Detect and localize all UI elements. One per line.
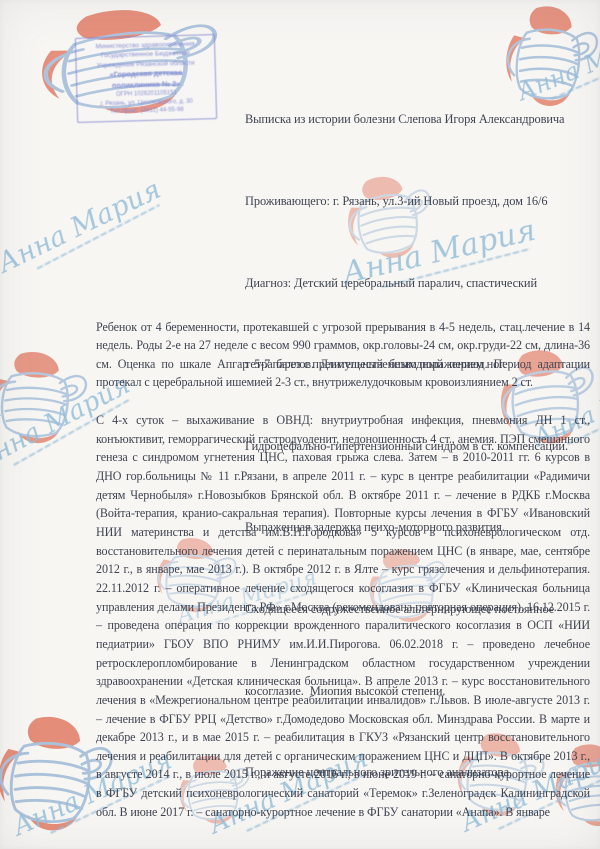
birth-history-paragraph: Ребенок от 4 беременности, протекавшей с… xyxy=(96,318,590,392)
header-line-address: Проживающего: г. Рязань, ул.3-ий Новый п… xyxy=(245,188,595,215)
clinic-stamp: Министерство здравоохранения Государстве… xyxy=(75,34,217,123)
watermark-text: Анна Мария xyxy=(0,174,166,279)
anna-maria-watermark: Анна Мария xyxy=(0,174,167,282)
watermark-squiggle xyxy=(37,204,160,270)
teapot-logo-icon xyxy=(0,344,98,458)
scanned-medical-extract-page: Анна Мария Анна Мария Анна Мария Анна Ма… xyxy=(0,0,600,849)
header-line-diagnosis: Диагноз: Детский церебральный паралич, с… xyxy=(245,270,595,297)
header-line-title: Выписка из истории болезни Слепова Игоря… xyxy=(245,106,595,133)
treatment-history-paragraph: С 4-х суток – выхаживание в ОВНД: внутри… xyxy=(96,411,590,821)
